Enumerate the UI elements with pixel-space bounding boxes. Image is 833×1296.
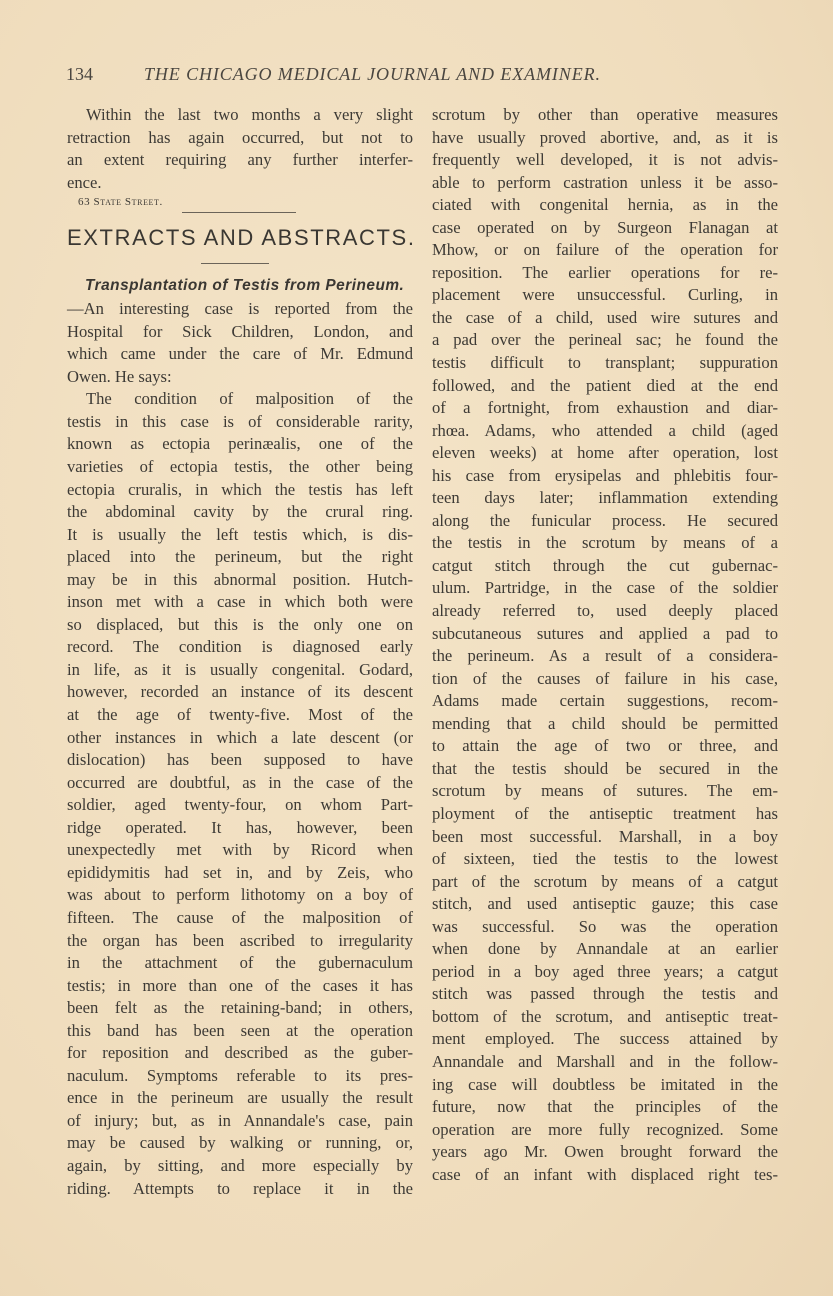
text-line: inson met with a case in which both were xyxy=(67,591,413,614)
text-line: known as ectopia perinæalis, one of the xyxy=(67,433,413,456)
text-line: Hospital for Sick Children, London, and xyxy=(67,321,413,344)
text-line: teen days later; inflammation extending xyxy=(432,487,778,510)
text-line: operation are more fully recognized. Som… xyxy=(432,1119,778,1142)
text-line: years ago Mr. Owen brought forward the xyxy=(432,1141,778,1164)
text-line: that the testis should be secured in the xyxy=(432,758,778,781)
text-line: Adams made certain suggestions, recom- xyxy=(432,690,778,713)
text-line: stitch was passed through the testis and xyxy=(432,983,778,1006)
text-line: fifteen. The cause of the malposition of xyxy=(67,907,413,930)
text-line: ciated with congenital hernia, as in the xyxy=(432,194,778,217)
right-column: scrotum by other than operative measures… xyxy=(432,104,778,1186)
text-line: naculum. Symptoms referable to its pres- xyxy=(67,1065,413,1088)
text-line: was about to perform lithotomy on a boy … xyxy=(67,884,413,907)
text-line: the organ has been ascribed to irregular… xyxy=(67,930,413,953)
text-line: of injury; but, as in Annandale's case, … xyxy=(67,1110,413,1133)
text-line: the testis in the scrotum by means of a xyxy=(432,532,778,555)
previous-article-ending: Within the last two months a very slight… xyxy=(67,104,413,194)
text-line: already referred to, used deeply placed xyxy=(432,600,778,623)
running-header: 134 THE CHICAGO MEDICAL JOURNAL AND EXAM… xyxy=(66,64,776,88)
text-line: along the funicular process. He secured xyxy=(432,510,778,533)
journal-title: THE CHICAGO MEDICAL JOURNAL AND EXAMINER… xyxy=(144,64,601,85)
author-address: 63 State Street. xyxy=(67,194,413,210)
text-line: eleven weeks) at home after operation, l… xyxy=(432,442,778,465)
text-line: placement were unsuccessful. Curling, in xyxy=(432,284,778,307)
text-line: ing case will doubtless be imitated in t… xyxy=(432,1074,778,1097)
text-line: Within the last two months a very slight xyxy=(67,104,413,127)
text-line: of a fortnight, from exhaustion and diar… xyxy=(432,397,778,420)
text-line: scrotum by means of sutures. The em- xyxy=(432,780,778,803)
text-line: Mhow, or on failure of the operation for xyxy=(432,239,778,262)
text-line: so displaced, but this is the only one o… xyxy=(67,614,413,637)
text-line: been felt as the retaining-band; in othe… xyxy=(67,997,413,1020)
text-line: may be in this abnormal position. Hutch- xyxy=(67,569,413,592)
section-divider xyxy=(201,263,269,264)
text-line: which came under the care of Mr. Edmund xyxy=(67,343,413,366)
text-line: It is usually the left testis which, is … xyxy=(67,524,413,547)
text-line: a pad over the perineal sac; he found th… xyxy=(432,329,778,352)
text-line: in the attachment of the gubernaculum xyxy=(67,952,413,975)
text-line: —An interesting case is reported from th… xyxy=(67,298,413,321)
text-line: other instances in which a late descent … xyxy=(67,727,413,750)
text-line: ment employed. The success attained by xyxy=(432,1028,778,1051)
text-line: the perineum. As a result of a considera… xyxy=(432,645,778,668)
text-line: at the age of twenty-five. Most of the xyxy=(67,704,413,727)
text-line: period in a boy aged three years; a catg… xyxy=(432,961,778,984)
text-line: was successful. So was the operation xyxy=(432,916,778,939)
text-line: stitch, and used antiseptic gauze; this … xyxy=(432,893,778,916)
text-line: have usually proved abortive, and, as it… xyxy=(432,127,778,150)
text-line: testis; in more than one of the cases it… xyxy=(67,975,413,998)
text-line: occurred are doubtful, as in the case of… xyxy=(67,772,413,795)
text-line: testis in this case is of considerable r… xyxy=(67,411,413,434)
text-line: epididymitis had set in, and by Zeis, wh… xyxy=(67,862,413,885)
text-line: record. The condition is diagnosed early xyxy=(67,636,413,659)
text-line: future, now that the principles of the xyxy=(432,1096,778,1119)
text-line: dislocation) has been supposed to have xyxy=(67,749,413,772)
text-line: part of the scrotum by means of a catgut xyxy=(432,871,778,894)
page-number: 134 xyxy=(66,64,93,85)
text-line: unexpectedly met with by Ricord when xyxy=(67,839,413,862)
text-line: an extent requiring any further interfer… xyxy=(67,149,413,172)
text-line: placed into the perineum, but the right xyxy=(67,546,413,569)
text-line: ulum. Partridge, in the case of the sold… xyxy=(432,577,778,600)
text-line: rhœa. Adams, who attended a child (aged xyxy=(432,420,778,443)
text-line: soldier, aged twenty-four, on whom Part- xyxy=(67,794,413,817)
text-line: however, recorded an instance of its des… xyxy=(67,681,413,704)
text-line: bottom of the scrotum, and antiseptic tr… xyxy=(432,1006,778,1029)
text-line: ence. xyxy=(67,172,413,195)
text-line: ployment of the antiseptic treatment has xyxy=(432,803,778,826)
text-line: Owen. He says: xyxy=(67,366,413,389)
text-line: this band has been seen at the operation xyxy=(67,1020,413,1043)
text-line: followed, and the patient died at the en… xyxy=(432,375,778,398)
text-line: again, by sitting, and more especially b… xyxy=(67,1155,413,1178)
text-line: the case of a child, used wire sutures a… xyxy=(432,307,778,330)
article-body-right: scrotum by other than operative measures… xyxy=(432,104,778,1186)
article-intro: —An interesting case is reported from th… xyxy=(67,298,413,388)
text-line: ridge operated. It has, however, been xyxy=(67,817,413,840)
text-line: catgut stitch through the cut gubernac- xyxy=(432,555,778,578)
text-line: of sixteen, tied the testis to the lowes… xyxy=(432,848,778,871)
text-line: ence in the perineum are usually the res… xyxy=(67,1087,413,1110)
article-title: Transplantation of Testis from Perineum. xyxy=(67,274,413,298)
text-line: retraction has again occurred, but not t… xyxy=(67,127,413,150)
article-body-left: The condition of malposition of the test… xyxy=(67,388,413,1200)
text-line: Annandale and Marshall and in the follow… xyxy=(432,1051,778,1074)
text-line: case of an infant with displaced right t… xyxy=(432,1164,778,1187)
text-line: mending that a child should be permitted xyxy=(432,713,778,736)
text-line: frequently well developed, it is not adv… xyxy=(432,149,778,172)
text-line: able to perform castration unless it be … xyxy=(432,172,778,195)
text-line: may be caused by walking or running, or, xyxy=(67,1132,413,1155)
text-line: case operated on by Surgeon Flanagan at xyxy=(432,217,778,240)
text-line: scrotum by other than operative measures xyxy=(432,104,778,127)
text-line: tion of the causes of failure in his cas… xyxy=(432,668,778,691)
text-line: subcutaneous sutures and applied a pad t… xyxy=(432,623,778,646)
text-line: ectopia cruralis, in which the testis ha… xyxy=(67,479,413,502)
left-column: Within the last two months a very slight… xyxy=(67,104,413,1200)
text-line: varieties of ectopia testis, the other b… xyxy=(67,456,413,479)
text-line: testis difficult to transplant; suppurat… xyxy=(432,352,778,375)
text-line: reposition. The earlier operations for r… xyxy=(432,262,778,285)
text-line: in life, as it is usually congenital. Go… xyxy=(67,659,413,682)
text-line: the abdominal cavity by the crural ring. xyxy=(67,501,413,524)
text-line: when done by Annandale at an earlier xyxy=(432,938,778,961)
signature-rule xyxy=(182,212,296,213)
text-line: his case from erysipelas and phlebitis f… xyxy=(432,465,778,488)
text-line: for reposition and described as the gube… xyxy=(67,1042,413,1065)
text-line: riding. Attempts to replace it in the xyxy=(67,1178,413,1201)
text-line: The condition of malposition of the xyxy=(67,388,413,411)
text-line: been most successful. Marshall, in a boy xyxy=(432,826,778,849)
text-line: to attain the age of two or three, and xyxy=(432,735,778,758)
section-title: EXTRACTS AND ABSTRACTS. xyxy=(67,223,413,253)
